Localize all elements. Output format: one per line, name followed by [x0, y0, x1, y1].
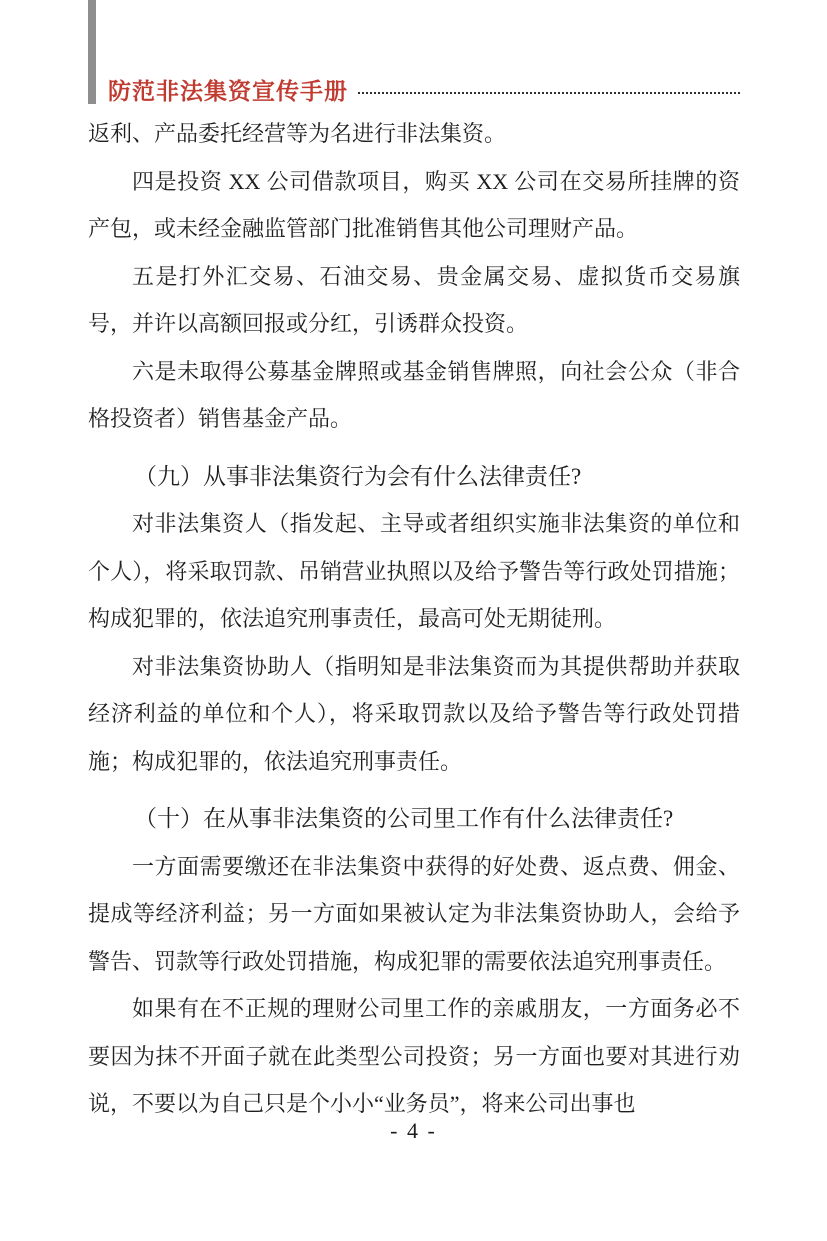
paragraph: 五是打外汇交易、石油交易、贵金属交易、虚拟货币交易旗号，并许以高额回报或分红，引…	[88, 253, 740, 348]
paragraph: 对非法集资协助人（指明知是非法集资而为其提供帮助并获取经济利益的单位和个人），将…	[88, 643, 740, 786]
paragraph: 六是未取得公募基金牌照或基金销售牌照，向社会公众（非合格投资者）销售基金产品。	[88, 348, 740, 443]
paragraph: 如果有在不正规的理财公司里工作的亲戚朋友，一方面务必不要因为抹不开面子就在此类型…	[88, 985, 740, 1128]
section-heading-nine: （九）从事非法集资行为会有什么法律责任?	[88, 453, 740, 501]
page-header: 防范非法集资宣传手册	[108, 80, 740, 103]
paragraph: 一方面需要缴还在非法集资中获得的好处费、返点费、佣金、提成等经济利益；另一方面如…	[88, 843, 740, 986]
paragraph: 四是投资 XX 公司借款项目，购买 XX 公司在交易所挂牌的资产包，或未经金融监…	[88, 158, 740, 253]
paragraph: 对非法集资人（指发起、主导或者组织实施非法集资的单位和个人），将采取罚款、吊销营…	[88, 500, 740, 643]
booklet-title: 防范非法集资宣传手册	[108, 80, 348, 103]
page-number: - 4 -	[390, 1118, 437, 1143]
paragraph-continuation: 返利、产品委托经营等为名进行非法集资。	[88, 110, 740, 158]
page-footer: - 4 -	[0, 1118, 827, 1144]
page-body: 返利、产品委托经营等为名进行非法集资。 四是投资 XX 公司借款项目，购买 XX…	[88, 110, 740, 1128]
pamphlet-page: 防范非法集资宣传手册 返利、产品委托经营等为名进行非法集资。 四是投资 XX 公…	[0, 0, 827, 1241]
header-accent-bar	[88, 0, 96, 104]
header-dotted-line	[358, 92, 740, 94]
section-heading-ten: （十）在从事非法集资的公司里工作有什么法律责任?	[88, 795, 740, 843]
